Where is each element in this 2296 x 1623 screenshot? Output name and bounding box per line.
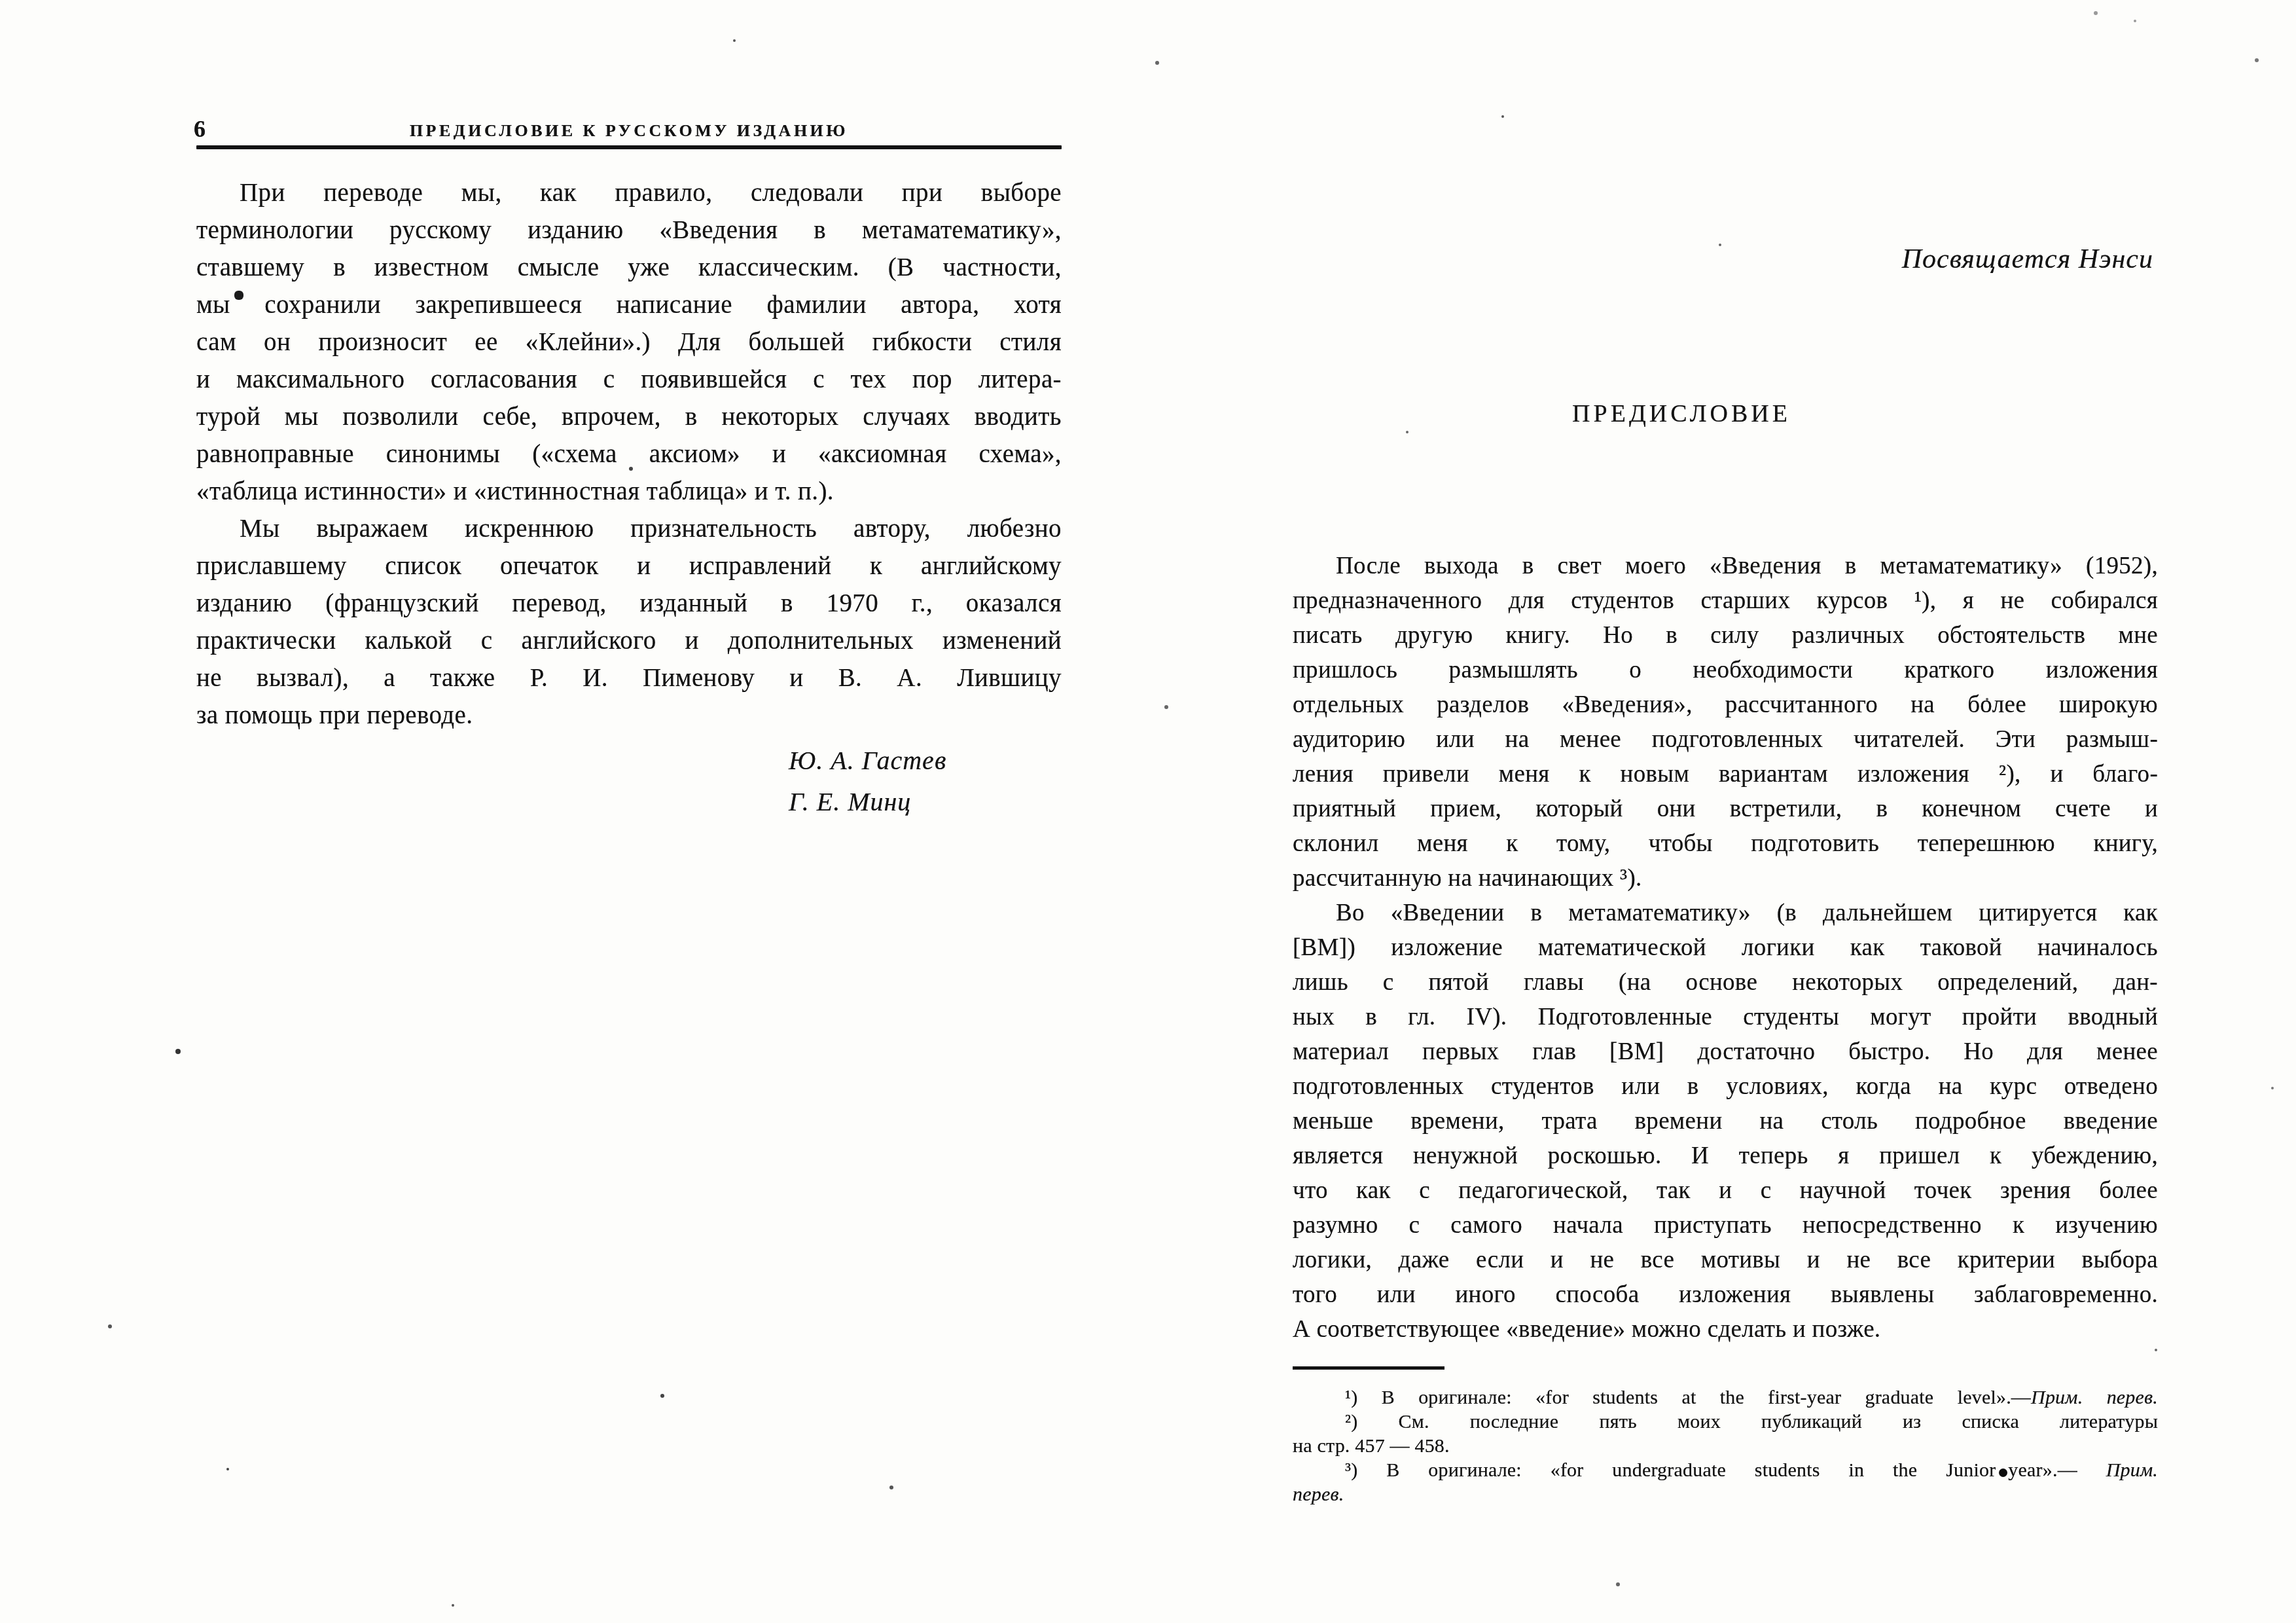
text-line: [ВМ]) изложение математической логики ка… xyxy=(1293,930,2158,965)
text-line: сам он произносит ее «Клейни».) Для боль… xyxy=(196,323,1062,361)
text-line: Во «Введении в метаматематику» (в дальне… xyxy=(1293,896,2158,930)
text-line: что как с педагогической, так и с научно… xyxy=(1293,1173,2158,1208)
text-line: ных в гл. IV). Подготовленные студенты м… xyxy=(1293,1000,2158,1034)
text-line: При переводе мы, как правило, следовали … xyxy=(196,174,1062,211)
text-line: А соответствующее «введение» можно сдела… xyxy=(1293,1312,2158,1347)
text-line: терминологии русскому изданию «Введения … xyxy=(196,211,1062,249)
text-line: ставшему в известном смысле уже классиче… xyxy=(196,249,1062,286)
chapter-title: ПРЕДИСЛОВИЕ xyxy=(1249,399,2114,428)
footnote-3-italic: Прим. xyxy=(2106,1459,2158,1481)
footnote-rule xyxy=(1293,1366,1444,1370)
text-line: за помощь при переводе. xyxy=(196,697,1062,734)
text-line: лишь с пятой главы (на основе некоторых … xyxy=(1293,965,2158,1000)
book-scan-spread: 6 ПРЕДИСЛОВИЕ К РУССКОМУ ИЗДАНИЮ При пер… xyxy=(0,0,2296,1623)
text-line: логики, даже если и не все мотивы и не в… xyxy=(1293,1243,2158,1277)
running-header: ПРЕДИСЛОВИЕ К РУССКОМУ ИЗДАНИЮ xyxy=(196,122,1062,140)
text-line: приятный прием, который они встретили, в… xyxy=(1293,792,2158,826)
footnote-3-text-b: year».— xyxy=(2008,1459,2077,1481)
text-line: ления привели меня к новым вариантам изл… xyxy=(1293,757,2158,792)
text-line: предназначенного для студентов старших к… xyxy=(1293,583,2158,618)
dedication: Посвящается Нэнси xyxy=(1293,244,2153,275)
left-page-text-column: При переводе мы, как правило, следовали … xyxy=(196,174,1062,734)
translator-signatures: Ю. А. Гастев Г. Е. Минц xyxy=(789,740,946,822)
text-line: является ненужной роскошью. И теперь я п… xyxy=(1293,1139,2158,1173)
signature-gastev: Ю. А. Гастев xyxy=(789,740,946,781)
text-line: мы сохранили закрепившееся написание фам… xyxy=(196,286,1062,323)
text-line: приславшему список опечаток и исправлени… xyxy=(196,547,1062,585)
footnote-2-line-2: на стр. 457 — 458. xyxy=(1293,1434,2158,1458)
text-line: изданию (французский перевод, изданный в… xyxy=(196,585,1062,622)
text-line: материал первых глав [ВМ] достаточно быс… xyxy=(1293,1034,2158,1069)
text-line: равноправные синонимы («схема аксиом» и … xyxy=(196,435,1062,473)
footnote-1-text: ¹) В оригинале: «for students at the fir… xyxy=(1345,1387,2031,1408)
text-line: подготовленных студентов или в условиях,… xyxy=(1293,1069,2158,1104)
text-line: писать другую книгу. Но в силу различных… xyxy=(1293,618,2158,653)
footnote-3-line-1: ³) В оригинале: «for undergraduate stude… xyxy=(1293,1458,2158,1482)
text-line: склонил меня к тому, чтобы подготовить т… xyxy=(1293,826,2158,861)
footnotes: ¹) В оригинале: «for students at the fir… xyxy=(1293,1385,2158,1506)
footnote-3-text-a: ³) В оригинале: «for undergraduate stude… xyxy=(1345,1459,1996,1481)
text-line: того или иного способа изложения выявлен… xyxy=(1293,1277,2158,1312)
footnote-1: ¹) В оригинале: «for students at the fir… xyxy=(1293,1385,2158,1410)
text-line: меньше времени, трата времени на столь п… xyxy=(1293,1104,2158,1139)
footnote-3-line-2: перев. xyxy=(1293,1482,2158,1506)
text-line: и максимального согласования с появившей… xyxy=(196,361,1062,398)
scan-dust-specks xyxy=(0,0,3,3)
text-line: Мы выражаем искреннюю признательность ав… xyxy=(196,510,1062,547)
text-line: практически калькой с английского и допо… xyxy=(196,622,1062,659)
text-line: разумно с самого начала приступать непос… xyxy=(1293,1208,2158,1243)
text-line: аудиторию или на менее подготовленных чи… xyxy=(1293,722,2158,757)
text-line: отдельных разделов «Введения», рассчитан… xyxy=(1293,687,2158,722)
text-line: «таблица истинности» и «истинностная таб… xyxy=(196,473,1062,510)
text-line: рассчитанную на начинающих ³). xyxy=(1293,861,2158,896)
footnote-2-line-1: ²) См. последние пять моих публикаций из… xyxy=(1293,1410,2158,1434)
footnote-1-italic: Прим. перев. xyxy=(2031,1387,2158,1408)
text-line: не вызвал), а также Р. И. Пименову и В. … xyxy=(196,659,1062,697)
text-line: После выхода в свет моего «Введения в ме… xyxy=(1293,549,2158,583)
text-line: турой мы позволили себе, впрочем, в неко… xyxy=(196,398,1062,435)
header-rule xyxy=(196,145,1062,149)
ink-blot xyxy=(1999,1468,2007,1477)
text-line: пришлось размышлять о необходимости крат… xyxy=(1293,653,2158,687)
signature-mints: Г. Е. Минц xyxy=(789,781,946,822)
right-page-text-column: После выхода в свет моего «Введения в ме… xyxy=(1293,549,2158,1347)
